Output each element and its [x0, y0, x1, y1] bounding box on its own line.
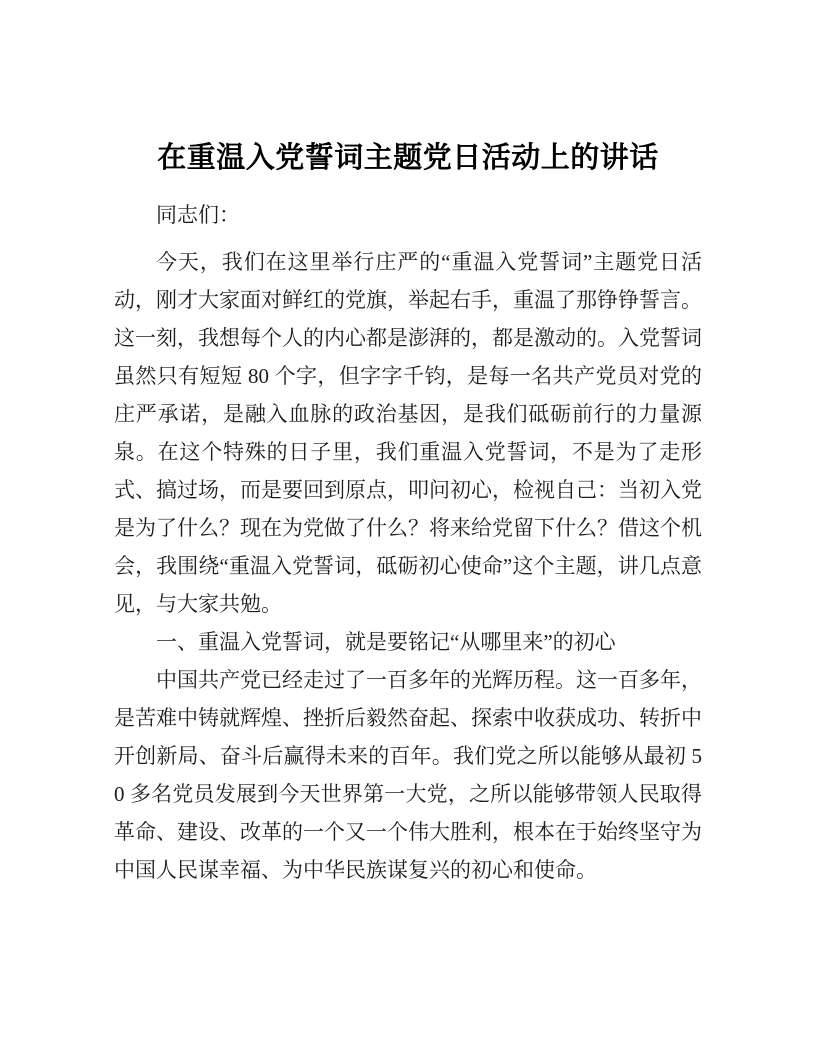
salutation: 同志们： — [114, 196, 702, 234]
section-heading: 一、重温入党誓词，就是要铭记“从哪里来”的初心 — [114, 623, 702, 661]
paragraph: 中国共产党已经走过了一百多年的光辉历程。这一百多年，是苦难中铸就辉煌、挫折后毅然… — [114, 661, 702, 889]
document-page: 在重温入党誓词主题党日活动上的讲话 同志们：今天，我们在这里举行庄严的“重温入党… — [0, 0, 816, 1056]
document-body: 同志们：今天，我们在这里举行庄严的“重温入党誓词”主题党日活动，刚才大家面对鲜红… — [114, 196, 702, 889]
document-title: 在重温入党誓词主题党日活动上的讲话 — [114, 138, 702, 178]
paragraph: 今天，我们在这里举行庄严的“重温入党誓词”主题党日活动，刚才大家面对鲜红的党旗，… — [114, 243, 702, 623]
